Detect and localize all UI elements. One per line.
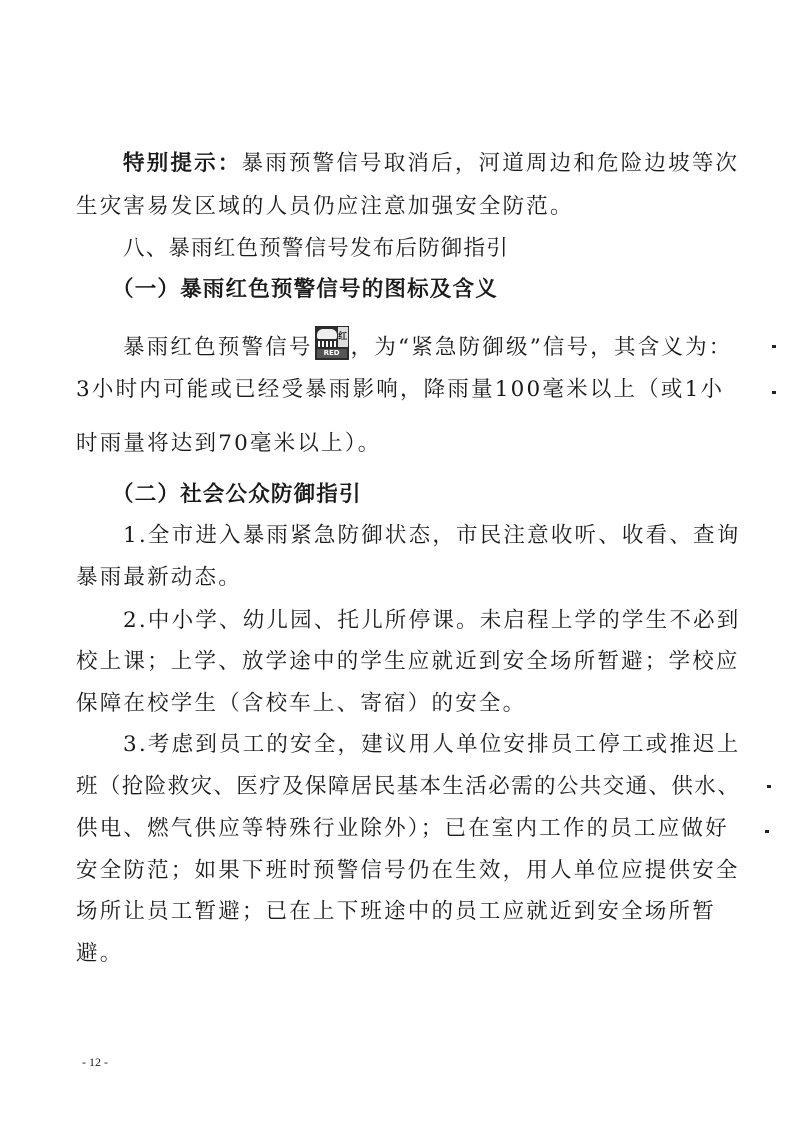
guide-item-3-line-6: 避。 (76, 940, 123, 968)
subsection-2-heading: （二）社会公众防御指引 (112, 481, 362, 509)
guide-item-2-line-1: 2.中小学、幼儿园、托儿所停课。未启程上学的学生不必到 (123, 607, 740, 635)
guide-item-3-line-5: 场所让员工暂避；已在上下班途中的员工应就近到安全场所暂 (76, 898, 716, 926)
scan-mark (765, 830, 769, 833)
guide-item-1-line-2: 暴雨最新动态。 (76, 564, 242, 592)
scan-mark (772, 391, 776, 394)
guide-item-2-line-2: 校上课；上学、放学途中的学生应就近到安全场所暂避；学校应 (76, 648, 740, 676)
cloud-icon (317, 329, 337, 339)
page-number: - 12 - (82, 1055, 108, 1070)
guide-item-2-line-3: 保障在校学生（含校车上、寄宿）的安全。 (76, 690, 526, 718)
special-note-line-1: 特别提示：暴雨预警信号取消后，河道周边和危险边坡等次 (123, 150, 739, 178)
scan-mark (772, 345, 776, 348)
guide-item-3-line-3: 供电、燃气供应等特殊行业除外）；已在室内工作的员工应做好 (76, 815, 729, 843)
signal-meaning-line-2: 3小时内可能或已经受暴雨影响，降雨量100毫米以上（或1小 (76, 376, 724, 404)
special-note-label: 特别提示： (123, 151, 242, 176)
scan-mark (767, 785, 771, 788)
special-note-line-2: 生灾害易发区域的人员仍应注意加强安全防范。 (76, 193, 574, 221)
rain-drops-icon (318, 341, 336, 347)
guide-item-3-line-4: 安全防范；如果下班时预警信号仍在生效，用人单位应提供安全 (76, 857, 740, 885)
signal-meaning-line-3: 时雨量将达到70毫米以上）。 (76, 430, 381, 458)
signal-meaning-line-1: 暴雨红色预警信号红RED，为“紧急防御级”信号，其含义为： (123, 326, 733, 362)
section-8-heading: 八、暴雨红色预警信号发布后防御指引 (123, 235, 509, 263)
guide-item-1-line-1: 1.全市进入暴雨紧急防御状态，市民注意收听、收看、查询 (123, 522, 740, 550)
rainstorm-red-warning-icon: 红RED (315, 326, 349, 360)
guide-item-3-line-2: 班（抢险救灾、医疗及保障居民基本生活必需的公共交通、供水、 (76, 773, 740, 801)
guide-item-3-line-1: 3.考虑到员工的安全，建议用人单位安排员工停工或推迟上 (123, 731, 740, 759)
subsection-1-heading: （一）暴雨红色预警信号的图标及含义 (112, 276, 498, 304)
